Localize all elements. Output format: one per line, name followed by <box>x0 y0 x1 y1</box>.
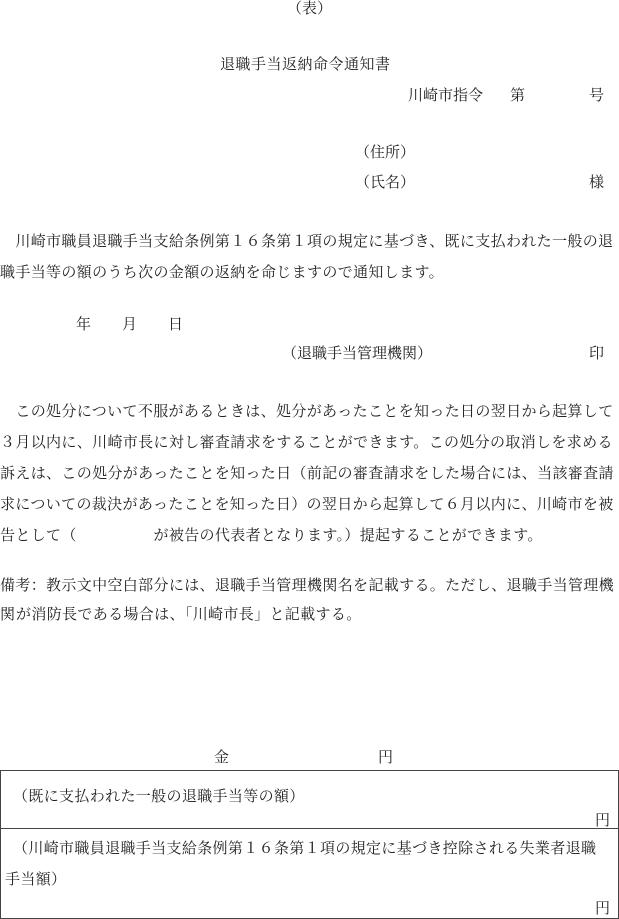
row-label: （既に支払われた一般の退職手当等の額） <box>13 781 305 812</box>
appeal-paragraph: この処分について不服があるときは、処分があったことを知った日の翌日から起算して３… <box>0 396 619 551</box>
date-month: 月 <box>122 317 137 332</box>
name-label: （氏名） <box>355 175 415 190</box>
date-day: 日 <box>168 317 183 332</box>
address-label: （住所） <box>355 145 415 160</box>
date-year: 年 <box>76 317 91 332</box>
row-unit: 円 <box>595 809 610 830</box>
row-unit: 円 <box>595 897 610 918</box>
table-row: （川崎市職員退職手当支給条例第１６条第１項の規定に基づき控除される失業者退職手当… <box>1 829 618 918</box>
reference-prefix: 川崎市指令 <box>408 88 483 103</box>
amount-kin: 金 <box>214 750 229 765</box>
reference-dai: 第 <box>510 88 525 103</box>
body-paragraph: 川崎市職員退職手当支給条例第１６条第１項の規定に基づき、既に支払われた一般の退職… <box>0 226 619 288</box>
table-row: （既に支払われた一般の退職手当等の額） 円 <box>1 771 618 829</box>
reference-go: 号 <box>589 88 604 103</box>
remarks-line-2: が消防長である場合は、「川崎市長」と記載する。 <box>16 600 619 629</box>
amount-yen: 円 <box>378 750 393 765</box>
row-label: （川崎市職員退職手当支給条例第１６条第１項の規定に基づき控除される失業者退職手当… <box>5 833 611 895</box>
side-label: （表） <box>287 1 332 16</box>
amount-breakdown-table: （既に支払われた一般の退職手当等の額） 円 （川崎市職員退職手当支給条例第１６条… <box>0 770 619 919</box>
document-title: 退職手当返納命令通知書 <box>220 57 391 72</box>
seal-mark: 印 <box>589 346 604 361</box>
issuer-label: （退職手当管理機関） <box>282 346 432 361</box>
honorific: 様 <box>589 175 604 190</box>
